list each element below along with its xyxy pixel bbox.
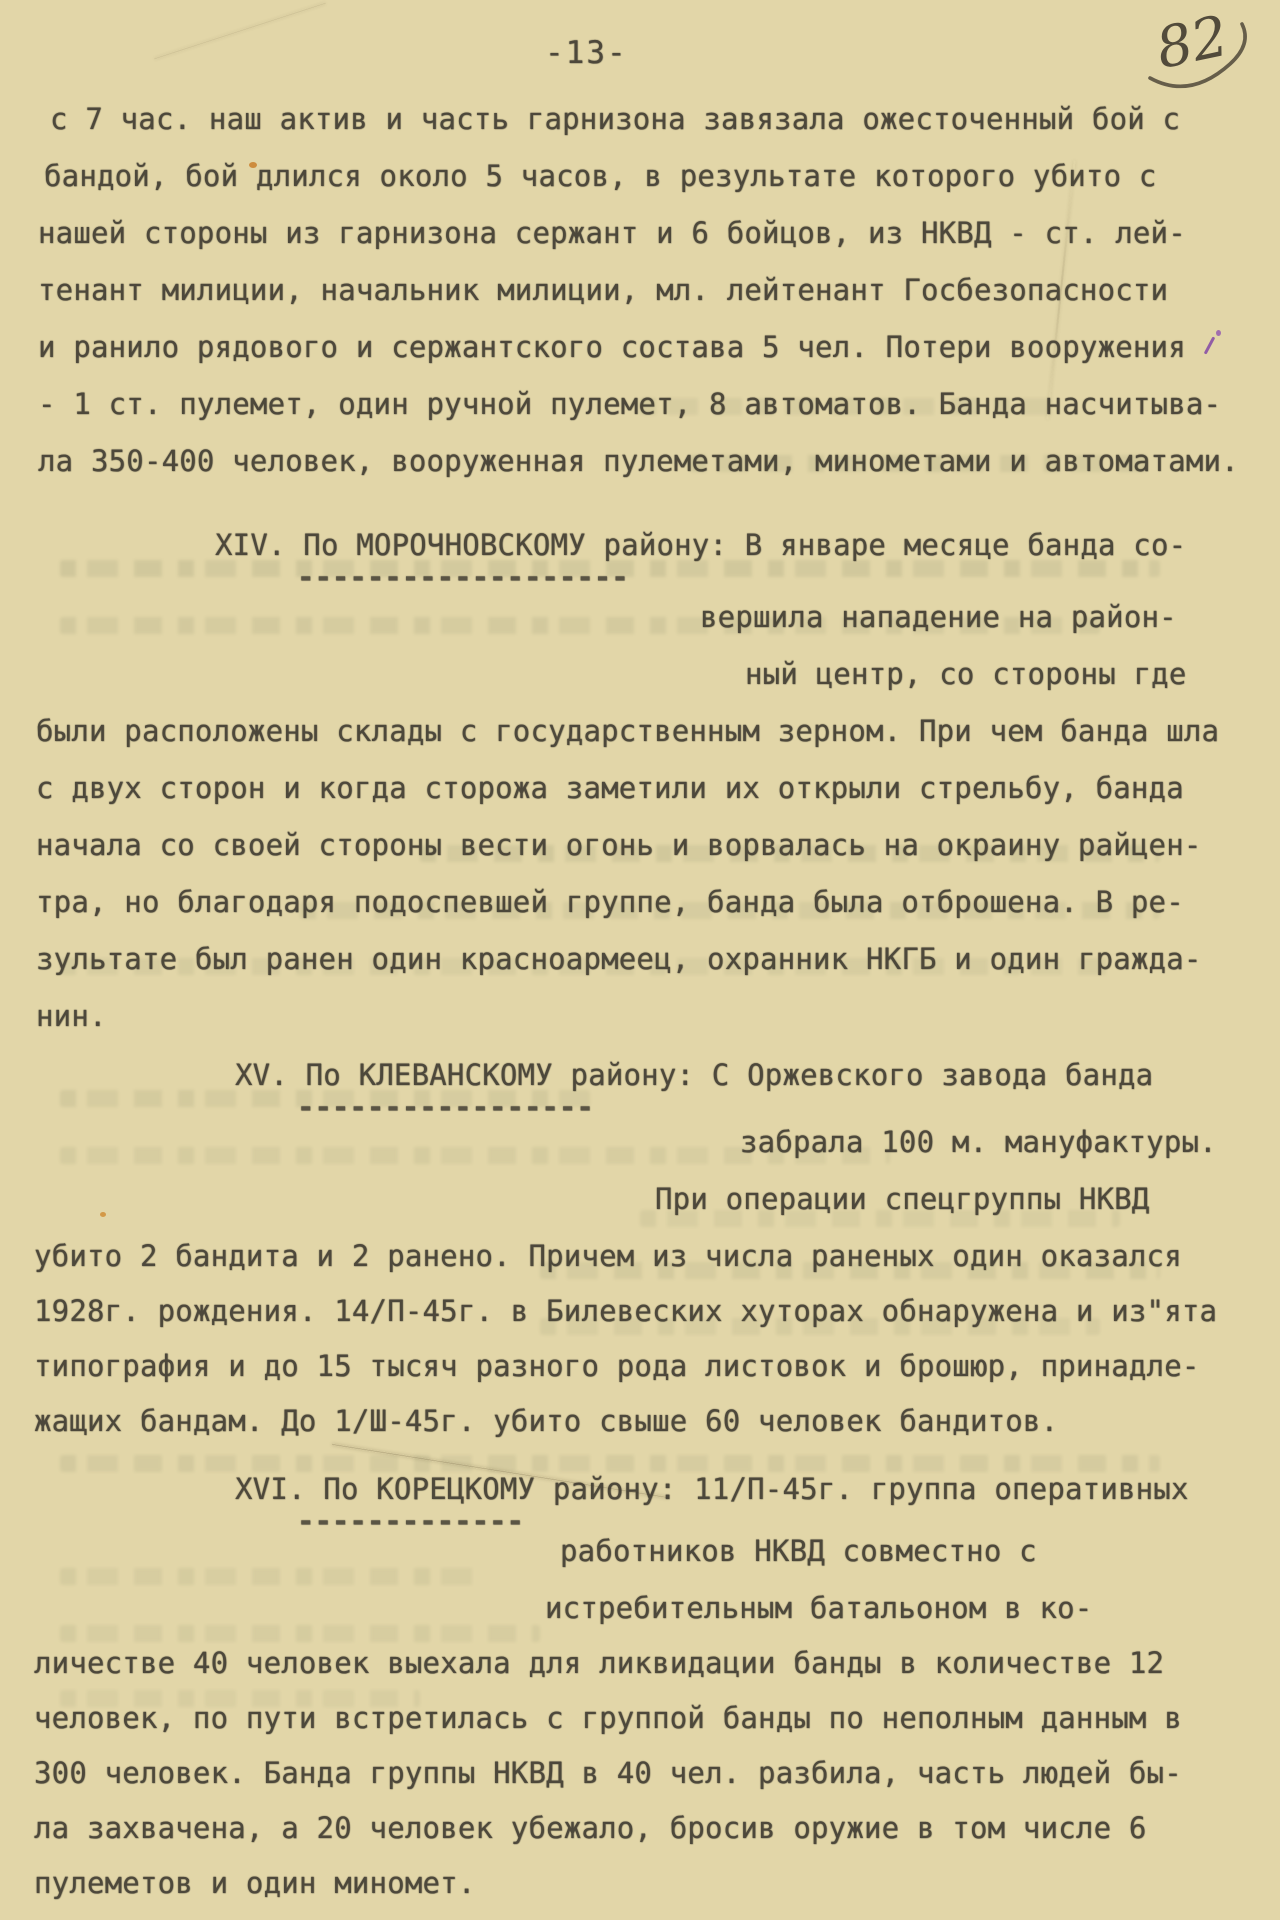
typed-line: с двух сторон и когда сторожа заметили и… (36, 771, 1184, 805)
typed-line: При операции спецгруппы НКВД (655, 1182, 1149, 1216)
typed-line: начала со своей стороны вести огонь и во… (36, 828, 1202, 862)
typed-line: жащих бандам. До 1/Ш-45г. убито свыше 60… (34, 1404, 1058, 1438)
typed-line: нин. (36, 999, 107, 1033)
typed-line: пулеметов и один миномет. (34, 1866, 476, 1900)
typed-line: были расположены склады с государственны… (36, 714, 1219, 748)
bleedthrough-band (60, 1455, 1160, 1472)
pencil-mark (1204, 336, 1216, 354)
typed-line: убито 2 бандита и 2 ранено. Причем из чи… (34, 1239, 1182, 1273)
typed-line: истребительным батальоном в ко- (545, 1591, 1092, 1625)
typed-line: 300 человек. Банда группы НКВД в 40 чел.… (34, 1756, 1182, 1790)
section-underline: ------------- (297, 1504, 524, 1538)
section-heading: XVI. По КОРЕЦКОМУ району: 11/П-45г. груп… (235, 1472, 1189, 1506)
typed-line: типография и до 15 тысяч разного рода ли… (34, 1349, 1200, 1383)
typed-line: личестве 40 человек выехала для ликвидац… (34, 1646, 1164, 1680)
bleedthrough-band (60, 1625, 540, 1642)
typed-line: забрала 100 м. мануфактуры. (740, 1125, 1217, 1159)
typed-line: вершила нападение на район- (700, 600, 1177, 634)
typed-line: 1928г. рождения. 14/П-45г. в Билевеских … (34, 1294, 1217, 1328)
section-underline: ------------------- (297, 560, 629, 594)
typed-page-number: -13- (545, 36, 628, 70)
paper-stain (100, 1212, 106, 1217)
typed-line: - 1 ст. пулемет, один ручной пулемет, 8 … (38, 387, 1221, 421)
pencil-mark (1216, 330, 1221, 336)
section-heading: XIV. По МОРОЧНОВСКОМУ району: В январе м… (215, 528, 1186, 562)
crease (154, 2, 326, 60)
typed-line: бандой, бой длился около 5 часов, в резу… (44, 159, 1157, 193)
typed-line: с 7 час. наш актив и часть гарнизона зав… (50, 102, 1180, 136)
section-underline: ----------------- (297, 1090, 594, 1124)
typed-line: человек, по пути встретилась с группой б… (34, 1701, 1182, 1735)
document-page: -13- 82 с 7 час. наш актив и часть гарни… (0, 0, 1280, 1920)
typed-line: зультате был ранен один красноармеец, ох… (36, 942, 1202, 976)
bleedthrough-band (60, 1568, 480, 1585)
section-heading: XV. По КЛЕВАНСКОМУ району: С Оржевского … (235, 1058, 1153, 1092)
typed-line: ла 350-400 человек, вооруженная пулемета… (38, 444, 1239, 478)
typed-line: нашей стороны из гарнизона сержант и 6 б… (38, 216, 1186, 250)
typed-line: тенант милиции, начальник милиции, мл. л… (38, 273, 1168, 307)
typed-line: ный центр, со стороны где (745, 657, 1187, 691)
typed-line: и ранило рядового и сержантского состава… (38, 330, 1186, 364)
handwritten-folio: 82 (1128, 0, 1278, 105)
typed-line: тра, но благодаря подоспевшей группе, ба… (36, 885, 1184, 919)
typed-line: работников НКВД совместно с (560, 1534, 1037, 1568)
typed-line: ла захвачена, а 20 человек убежало, брос… (34, 1811, 1147, 1845)
